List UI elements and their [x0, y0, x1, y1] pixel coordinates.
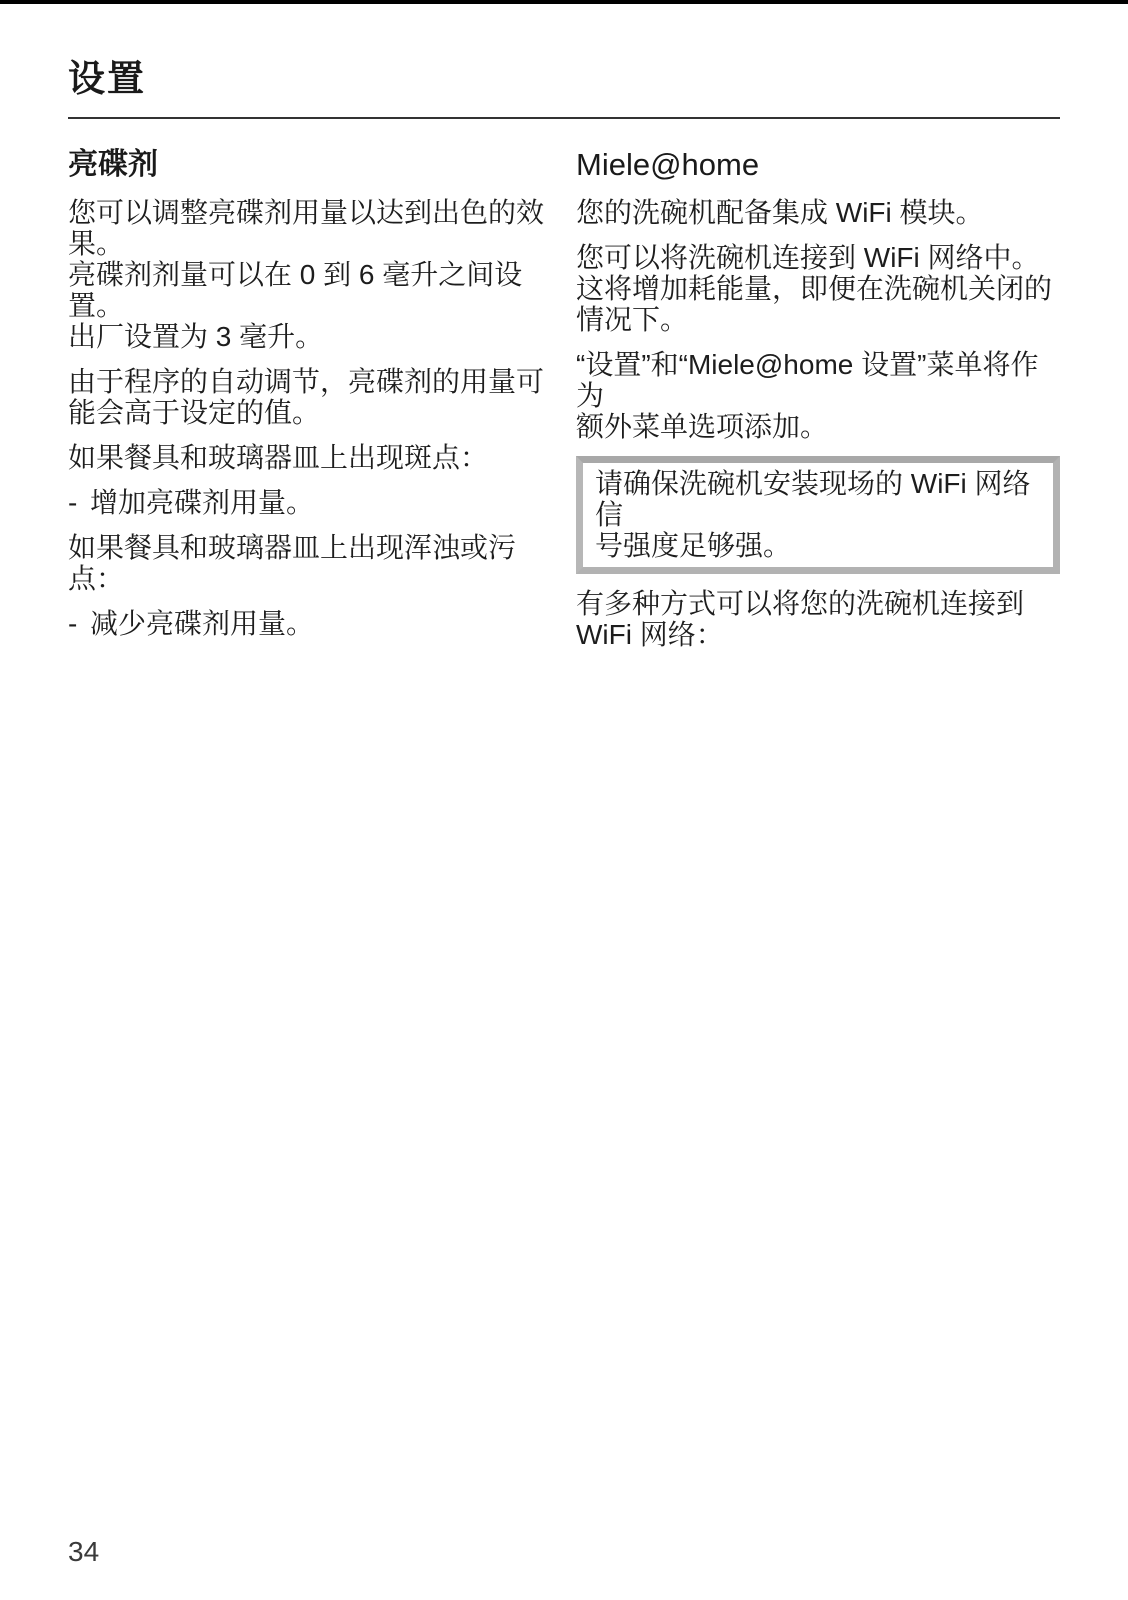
miele-home-paragraph-wifi-module: 您的洗碗机配备集成 WiFi 模块。 [576, 197, 1060, 228]
bullet-dash: - [68, 608, 90, 639]
wifi-signal-note-box: 请确保洗碗机安装现场的 WiFi 网络信 号强度足够强。 [576, 456, 1060, 574]
bullet-dash: - [68, 487, 90, 518]
note-box-text: 请确保洗碗机安装现场的 WiFi 网络信 号强度足够强。 [595, 468, 1041, 561]
section-rinse-aid: 亮碟剂 您可以调整亮碟剂用量以达到出色的效 果。 亮碟剂剂量可以在 0 到 6 … [68, 149, 548, 664]
miele-home-paragraph-network: 您可以将洗碗机连接到 WiFi 网络中。 这将增加耗能量，即便在洗碗机关闭的 情… [576, 242, 1060, 335]
rinse-aid-bullet-decrease: - 减少亮碟剂用量。 [68, 608, 548, 639]
rinse-aid-heading: 亮碟剂 [68, 149, 548, 181]
bullet-text: 减少亮碟剂用量。 [90, 608, 314, 639]
page-top-edge-bar [0, 0, 1128, 4]
content-columns: 亮碟剂 您可以调整亮碟剂用量以达到出色的效 果。 亮碟剂剂量可以在 0 到 6 … [68, 149, 1060, 664]
miele-home-heading: Miele@home [576, 149, 1060, 181]
manual-page: 设置 亮碟剂 您可以调整亮碟剂用量以达到出色的效 果。 亮碟剂剂量可以在 0 到… [0, 0, 1128, 1600]
page-title: 设置 [68, 56, 1060, 102]
section-miele-home: Miele@home 您的洗碗机配备集成 WiFi 模块。 您可以将洗碗机连接到… [576, 149, 1060, 664]
miele-home-paragraph-connect-options: 有多种方式可以将您的洗碗机连接到 WiFi 网络： [576, 588, 1060, 650]
rinse-aid-paragraph-smears: 如果餐具和玻璃器皿上出现浑浊或污 点： [68, 532, 548, 594]
title-rule [68, 117, 1060, 119]
rinse-aid-paragraph-auto-adjust: 由于程序的自动调节，亮碟剂的用量可 能会高于设定的值。 [68, 366, 548, 428]
page-number: 34 [68, 1536, 99, 1567]
rinse-aid-paragraph-spots: 如果餐具和玻璃器皿上出现斑点： [68, 442, 548, 473]
rinse-aid-paragraph-dosage: 您可以调整亮碟剂用量以达到出色的效 果。 亮碟剂剂量可以在 0 到 6 毫升之间… [68, 197, 548, 352]
miele-home-paragraph-menus: “设置”和“Miele@home 设置”菜单将作为 额外菜单选项添加。 [576, 349, 1060, 442]
bullet-text: 增加亮碟剂用量。 [90, 487, 314, 518]
rinse-aid-bullet-increase: - 增加亮碟剂用量。 [68, 487, 548, 518]
